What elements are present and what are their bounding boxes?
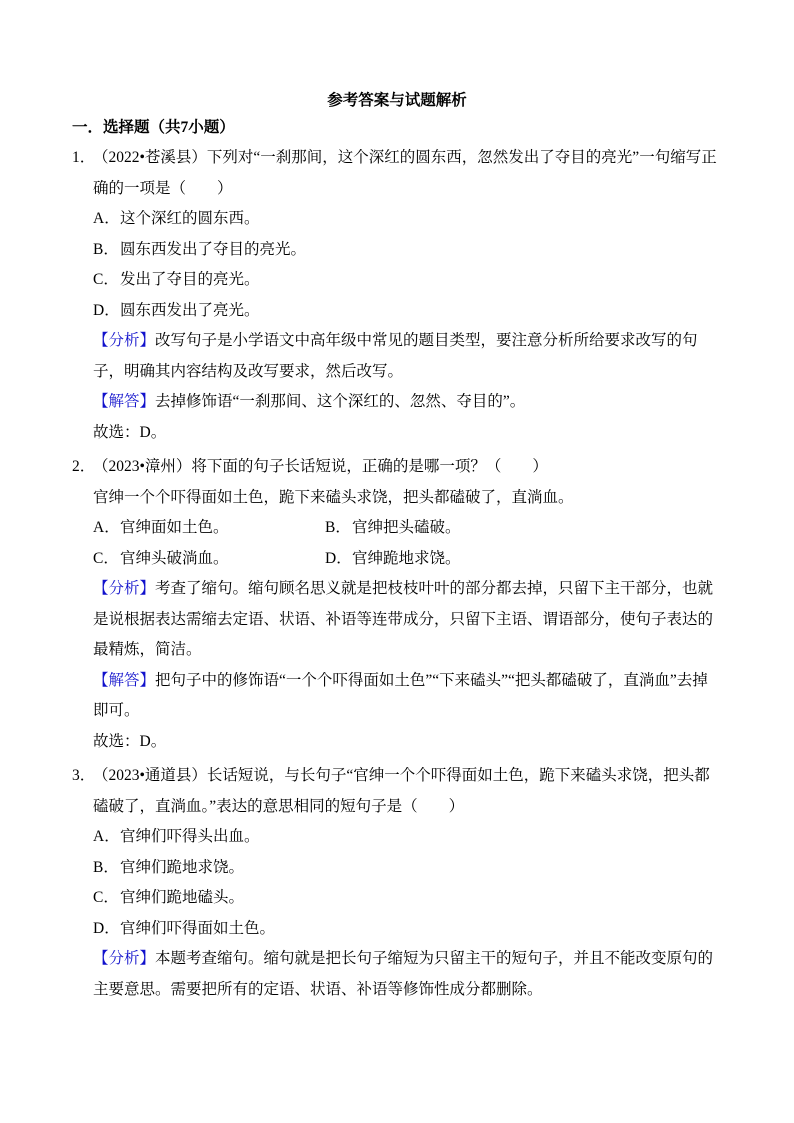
option-b-label: B．	[93, 853, 120, 884]
option-d-text: 官绅们吓得面如土色。	[120, 920, 275, 937]
question-2-option-d: D．官绅跪地求饶。	[325, 544, 557, 575]
question-2-option-row-1: A．官绅面如土色。 B．官绅把头磕破。	[72, 513, 722, 544]
question-1-number: 1．	[72, 143, 93, 174]
solution-label: 【解答】	[93, 672, 155, 689]
question-1-option-d: D．圆东西发出了亮光。	[72, 296, 722, 327]
option-a-text: 这个深红的圆东西。	[120, 210, 260, 227]
option-d-label: D．	[93, 914, 120, 945]
question-2-option-b: B．官绅把头磕破。	[325, 513, 557, 544]
question-2-option-a: A．官绅面如土色。	[93, 513, 325, 544]
option-c-label: C．	[93, 883, 120, 914]
question-2-stem: 2．（2023•漳州）将下面的句子长话短说，正确的是哪一项？（ ）	[72, 452, 722, 483]
option-c-label: C．	[93, 544, 120, 575]
question-1-option-b: B．圆东西发出了夺目的亮光。	[72, 235, 722, 266]
question-2-stem-text: （2023•漳州）将下面的句子长话短说，正确的是哪一项？（ ）	[93, 458, 548, 475]
question-3-stem: 3．（2023•通道县）长话短说，与长句子“官绅一个个吓得面如土色，跪下来磕头求…	[72, 761, 722, 822]
question-1-analysis: 【分析】改写句子是小学语文中高年级中常见的题目类型，要注意分析所给要求改写的句子…	[72, 326, 722, 387]
option-a-label: A．	[93, 204, 120, 235]
question-2-option-c: C．官绅头破淌血。	[93, 544, 325, 575]
option-c-text: 发出了夺目的亮光。	[120, 271, 260, 288]
question-2-conclusion: 故选：D。	[72, 727, 722, 758]
solution-text: 去掉修饰语“一刹那间、这个深红的、忽然、夺目的”。	[155, 393, 525, 410]
question-3-analysis: 【分析】本题考查缩句。缩句就是把长句子缩短为只留主干的短句子，并且不能改变原句的…	[72, 944, 722, 1005]
question-1-option-c: C．发出了夺目的亮光。	[72, 265, 722, 296]
question-3-option-c: C．官绅们跪地磕头。	[72, 883, 722, 914]
option-b-text: 官绅把头磕破。	[352, 519, 461, 536]
option-b-label: B．	[325, 513, 352, 544]
question-2-option-row-2: C．官绅头破淌血。 D．官绅跪地求饶。	[72, 544, 722, 575]
question-1-solution: 【解答】去掉修饰语“一刹那间、这个深红的、忽然、夺目的”。	[72, 387, 722, 418]
option-b-text: 圆东西发出了夺目的亮光。	[120, 241, 306, 258]
question-1-conclusion: 故选：D。	[72, 418, 722, 449]
option-a-text: 官绅面如土色。	[120, 519, 229, 536]
solution-text: 把句子中的修饰语“一个个吓得面如土色”“下来磕头”“把头都磕破了，直淌血”去掉即…	[93, 672, 708, 720]
document-page: 参考答案与试题解析 一．选择题（共7小题） 1．（2022•苍溪县）下列对“一刹…	[0, 0, 794, 1123]
option-c-text: 官绅头破淌血。	[120, 550, 229, 567]
question-3-option-d: D．官绅们吓得面如土色。	[72, 914, 722, 945]
option-c-text: 官绅们跪地磕头。	[120, 889, 244, 906]
option-c-label: C．	[93, 265, 120, 296]
question-3-stem-text: （2023•通道县）长话短说，与长句子“官绅一个个吓得面如土色，跪下来磕头求饶，…	[93, 767, 710, 815]
question-3-option-b: B．官绅们跪地求饶。	[72, 853, 722, 884]
question-2-sentence: 官绅一个个吓得面如土色，跪下来磕头求饶，把头都磕破了，直淌血。	[72, 483, 722, 514]
question-3: 3．（2023•通道县）长话短说，与长句子“官绅一个个吓得面如土色，跪下来磕头求…	[72, 761, 722, 1005]
option-d-label: D．	[93, 296, 120, 327]
analysis-text: 改写句子是小学语文中高年级中常见的题目类型，要注意分析所给要求改写的句子，明确其…	[93, 332, 698, 380]
question-1-option-a: A．这个深红的圆东西。	[72, 204, 722, 235]
question-2-analysis: 【分析】考查了缩句。缩句顾名思义就是把枝枝叶叶的部分都去掉，只留下主干部分，也就…	[72, 574, 722, 666]
question-3-number: 3．	[72, 761, 93, 792]
question-1: 1．（2022•苍溪县）下列对“一刹那间，这个深红的圆东西，忽然发出了夺目的亮光…	[72, 143, 722, 448]
option-d-label: D．	[325, 544, 352, 575]
section-heading: 一．选择题（共7小题）	[72, 113, 722, 143]
option-d-text: 官绅跪地求饶。	[352, 550, 461, 567]
question-2: 2．（2023•漳州）将下面的句子长话短说，正确的是哪一项？（ ） 官绅一个个吓…	[72, 452, 722, 757]
document-title: 参考答案与试题解析	[72, 90, 722, 112]
option-a-label: A．	[93, 513, 120, 544]
analysis-text: 考查了缩句。缩句顾名思义就是把枝枝叶叶的部分都去掉，只留下主干部分，也就是说根据…	[93, 580, 713, 658]
analysis-label: 【分析】	[93, 950, 155, 967]
question-3-option-a: A．官绅们吓得头出血。	[72, 822, 722, 853]
option-b-text: 官绅们跪地求饶。	[120, 859, 244, 876]
option-a-text: 官绅们吓得头出血。	[120, 828, 260, 845]
question-2-solution: 【解答】把句子中的修饰语“一个个吓得面如土色”“下来磕头”“把头都磕破了，直淌血…	[72, 666, 722, 727]
option-b-label: B．	[93, 235, 120, 266]
solution-label: 【解答】	[93, 393, 155, 410]
option-a-label: A．	[93, 822, 120, 853]
question-1-stem: 1．（2022•苍溪县）下列对“一刹那间，这个深红的圆东西，忽然发出了夺目的亮光…	[72, 143, 722, 204]
question-1-stem-text: （2022•苍溪县）下列对“一刹那间，这个深红的圆东西，忽然发出了夺目的亮光”一…	[93, 149, 717, 197]
analysis-text: 本题考查缩句。缩句就是把长句子缩短为只留主干的短句子，并且不能改变原句的主要意思…	[93, 950, 713, 998]
option-d-text: 圆东西发出了亮光。	[120, 302, 260, 319]
question-2-number: 2．	[72, 452, 93, 483]
analysis-label: 【分析】	[93, 332, 155, 349]
analysis-label: 【分析】	[93, 580, 155, 597]
